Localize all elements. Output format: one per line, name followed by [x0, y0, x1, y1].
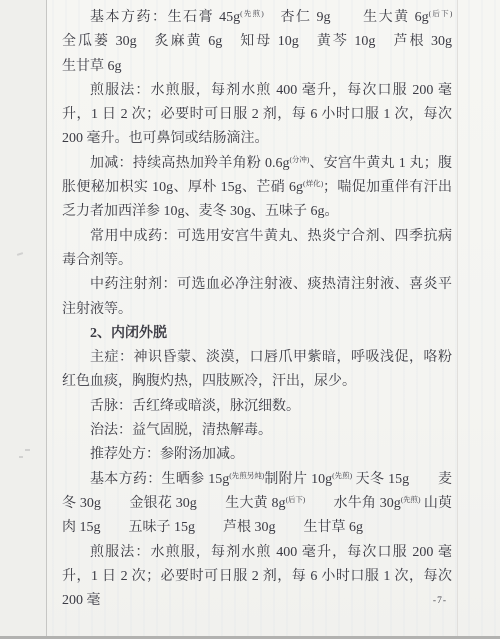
paragraph-decoction-method-2: 煎服法：水煎服，每剂水煎 400 毫升，每次口服 200 毫升，1 日 2 次；…: [62, 541, 452, 614]
paragraph-modifications: 加减：持续高热加羚羊角粉 0.6g(分冲)、安宫牛黄丸 1 丸；腹胀便秘加枳实 …: [62, 152, 452, 225]
text-run: 基本方药：生石膏 45g: [90, 10, 240, 25]
decoction-note-superscript: (烊化): [303, 179, 323, 188]
paragraph-main-symptoms: 主症：神识昏蒙、淡漠，口唇爪甲紫暗，呼吸浅促，咯粉红色血痰，胸腹灼热，四肢厥冷，…: [62, 346, 452, 395]
text-run: 杏仁 9g 生大黄 6g: [263, 10, 428, 25]
paragraph-section-2-heading: 2、内闭外脱: [62, 322, 452, 346]
text-run: 煎服法：水煎服，每剂水煎 400 毫升，每次口服 200 毫升，1 日 2 次；…: [62, 83, 452, 147]
paragraph-tongue-pulse: 舌脉：舌红绛或暗淡，脉沉细数。: [62, 395, 452, 419]
text-run: 中药注射剂：可选血必净注射液、痰热清注射液、喜炎平注射液等。: [62, 277, 452, 316]
scan-speck: [25, 449, 30, 451]
text-run: 2、内闭外脱: [90, 326, 167, 341]
page-fold-line-right: [457, 0, 458, 639]
paragraph-formula-1: 基本方药：生石膏 45g(先煎) 杏仁 9g 生大黄 6g(后下) 全瓜蒌 30…: [62, 6, 452, 79]
decoction-note-superscript: (先煎): [332, 471, 352, 480]
text-run: 制附片 10g: [264, 472, 332, 487]
page-fold-line-left: [46, 0, 47, 639]
paragraph-formula-2: 基本方药：生晒参 15g(先煎另炖)制附片 10g(先煎) 天冬 15g 麦冬 …: [62, 468, 452, 541]
paragraph-recommended-prescription: 推荐处方：参附汤加减。: [62, 443, 452, 467]
text-run: 主症：神识昏蒙、淡漠，口唇爪甲紫暗，呼吸浅促，咯粉红色血痰，胸腹灼热，四肢厥冷，…: [62, 350, 452, 389]
text-run: 治法：益气固脱，清热解毒。: [90, 423, 272, 438]
text-run: 常用中成药：可选用安宫牛黄丸、热炎宁合剂、四季抗病毒合剂等。: [62, 229, 452, 268]
text-run: 舌脉：舌红绛或暗淡，脉沉细数。: [90, 399, 300, 414]
decoction-note-superscript: (先煎): [240, 9, 263, 18]
scanned-document-page: 基本方药：生石膏 45g(先煎) 杏仁 9g 生大黄 6g(后下) 全瓜蒌 30…: [0, 0, 500, 639]
page-number: -7-: [433, 596, 447, 606]
paragraph-injections: 中药注射剂：可选血必净注射液、痰热清注射液、喜炎平注射液等。: [62, 273, 452, 322]
text-run: 煎服法：水煎服，每剂水煎 400 毫升，每次口服 200 毫升，1 日 2 次；…: [62, 545, 452, 609]
decoction-note-superscript: (后下): [429, 9, 452, 18]
text-run: 加减：持续高热加羚羊角粉 0.6g: [90, 156, 289, 171]
paragraph-patent-medicines: 常用中成药：可选用安宫牛黄丸、热炎宁合剂、四季抗病毒合剂等。: [62, 225, 452, 274]
decoction-note-superscript: (先煎): [401, 495, 420, 504]
paragraph-treatment-method: 治法：益气固脱，清热解毒。: [62, 419, 452, 443]
text-run: 水牛角 30g: [305, 496, 401, 511]
document-body: 基本方药：生石膏 45g(先煎) 杏仁 9g 生大黄 6g(后下) 全瓜蒌 30…: [62, 6, 452, 613]
decoction-note-superscript: (分冲): [289, 155, 309, 164]
scan-speck: [19, 456, 23, 458]
paragraph-decoction-method-1: 煎服法：水煎服，每剂水煎 400 毫升，每次口服 200 毫升，1 日 2 次；…: [62, 79, 452, 152]
decoction-note-superscript: (后下): [286, 495, 305, 504]
page-left-margin: [0, 0, 46, 639]
text-run: 推荐处方：参附汤加减。: [90, 447, 244, 462]
decoction-note-superscript: (先煎另炖): [229, 471, 264, 480]
text-run: 基本方药：生晒参 15g: [90, 472, 229, 487]
